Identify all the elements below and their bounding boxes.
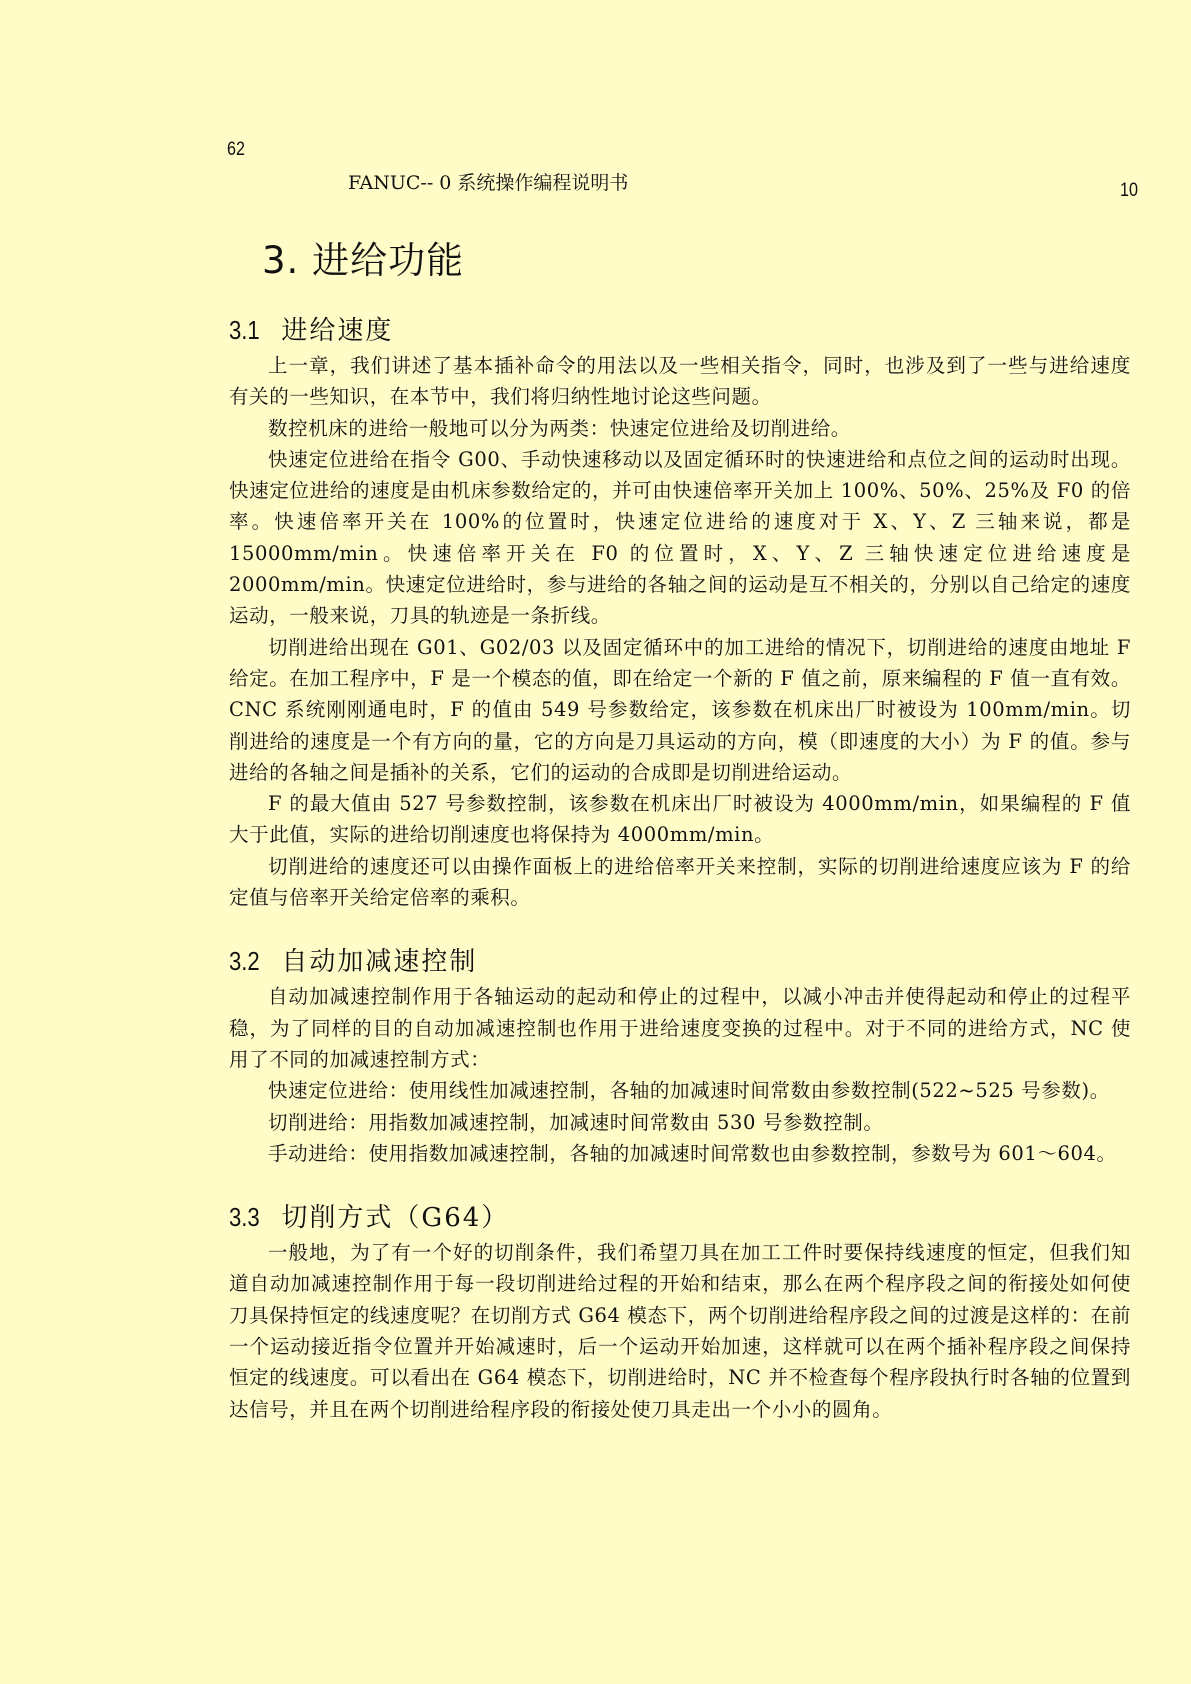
paragraph: F 的最大值由 527 号参数控制，该参数在机床出厂时被设为 4000mm/mi… — [229, 788, 1131, 851]
paragraph: 手动进给：使用指数加减速控制，各轴的加减速时间常数也由参数控制，参数号为 601… — [229, 1138, 1131, 1169]
paragraph: 数控机床的进给一般地可以分为两类：快速定位进给及切削进给。 — [229, 413, 1131, 444]
spacer — [229, 1169, 1131, 1197]
section-3-2: 3.2 自动加减速控制 自动加减速控制作用于各轴运动的起动和停止的过程中，以减小… — [229, 941, 1131, 1169]
paragraph: 上一章，我们讲述了基本插补命令的用法以及一些相关指令，同时，也涉及到了一些与进给… — [229, 350, 1131, 413]
paragraph: 快速定位进给在指令 G00、手动快速移动以及固定循环时的快速进给和点位之间的运动… — [229, 444, 1131, 632]
section-heading: 3.1 进给速度 — [229, 310, 1131, 350]
section-3-1: 3.1 进给速度 上一章，我们讲述了基本插补命令的用法以及一些相关指令，同时，也… — [229, 310, 1131, 913]
paragraph: 切削进给出现在 G01、G02/03 以及固定循环中的加工进给的情况下，切削进给… — [229, 632, 1131, 788]
paragraph: 一般地，为了有一个好的切削条件，我们希望刀具在加工工件时要保持线速度的恒定，但我… — [229, 1237, 1131, 1425]
section-number: 3.1 — [229, 310, 260, 350]
section-heading: 3.2 自动加减速控制 — [229, 941, 1131, 981]
page-number-right: 10 — [1120, 180, 1138, 202]
paragraph: 切削进给的速度还可以由操作面板上的进给倍率开关来控制，实际的切削进给速度应该为 … — [229, 851, 1131, 914]
document-body: 3.1 进给速度 上一章，我们讲述了基本插补命令的用法以及一些相关指令，同时，也… — [229, 310, 1131, 1425]
spacer — [229, 913, 1131, 941]
paragraph: 自动加减速控制作用于各轴运动的起动和停止的过程中，以减小冲击并使得起动和停止的过… — [229, 981, 1131, 1075]
section-number: 3.2 — [229, 941, 260, 981]
section-number: 3.3 — [229, 1197, 260, 1237]
paragraph: 快速定位进给：使用线性加减速控制，各轴的加减速时间常数由参数控制(522~525… — [229, 1075, 1131, 1106]
paragraph: 切削进给：用指数加减速控制，加减速时间常数由 530 号参数控制。 — [229, 1107, 1131, 1138]
chapter-title: 3. 进给功能 — [262, 230, 464, 284]
section-title: 自动加减速控制 — [281, 947, 477, 977]
section-heading: 3.3 切削方式（G64） — [229, 1197, 1131, 1237]
section-3-3: 3.3 切削方式（G64） 一般地，为了有一个好的切削条件，我们希望刀具在加工工… — [229, 1197, 1131, 1425]
page-number-left: 62 — [227, 139, 245, 161]
running-header: FANUC-- 0 系统操作编程说明书 — [348, 168, 628, 195]
section-title: 进给速度 — [281, 316, 393, 346]
section-title: 切削方式（G64） — [281, 1203, 509, 1233]
